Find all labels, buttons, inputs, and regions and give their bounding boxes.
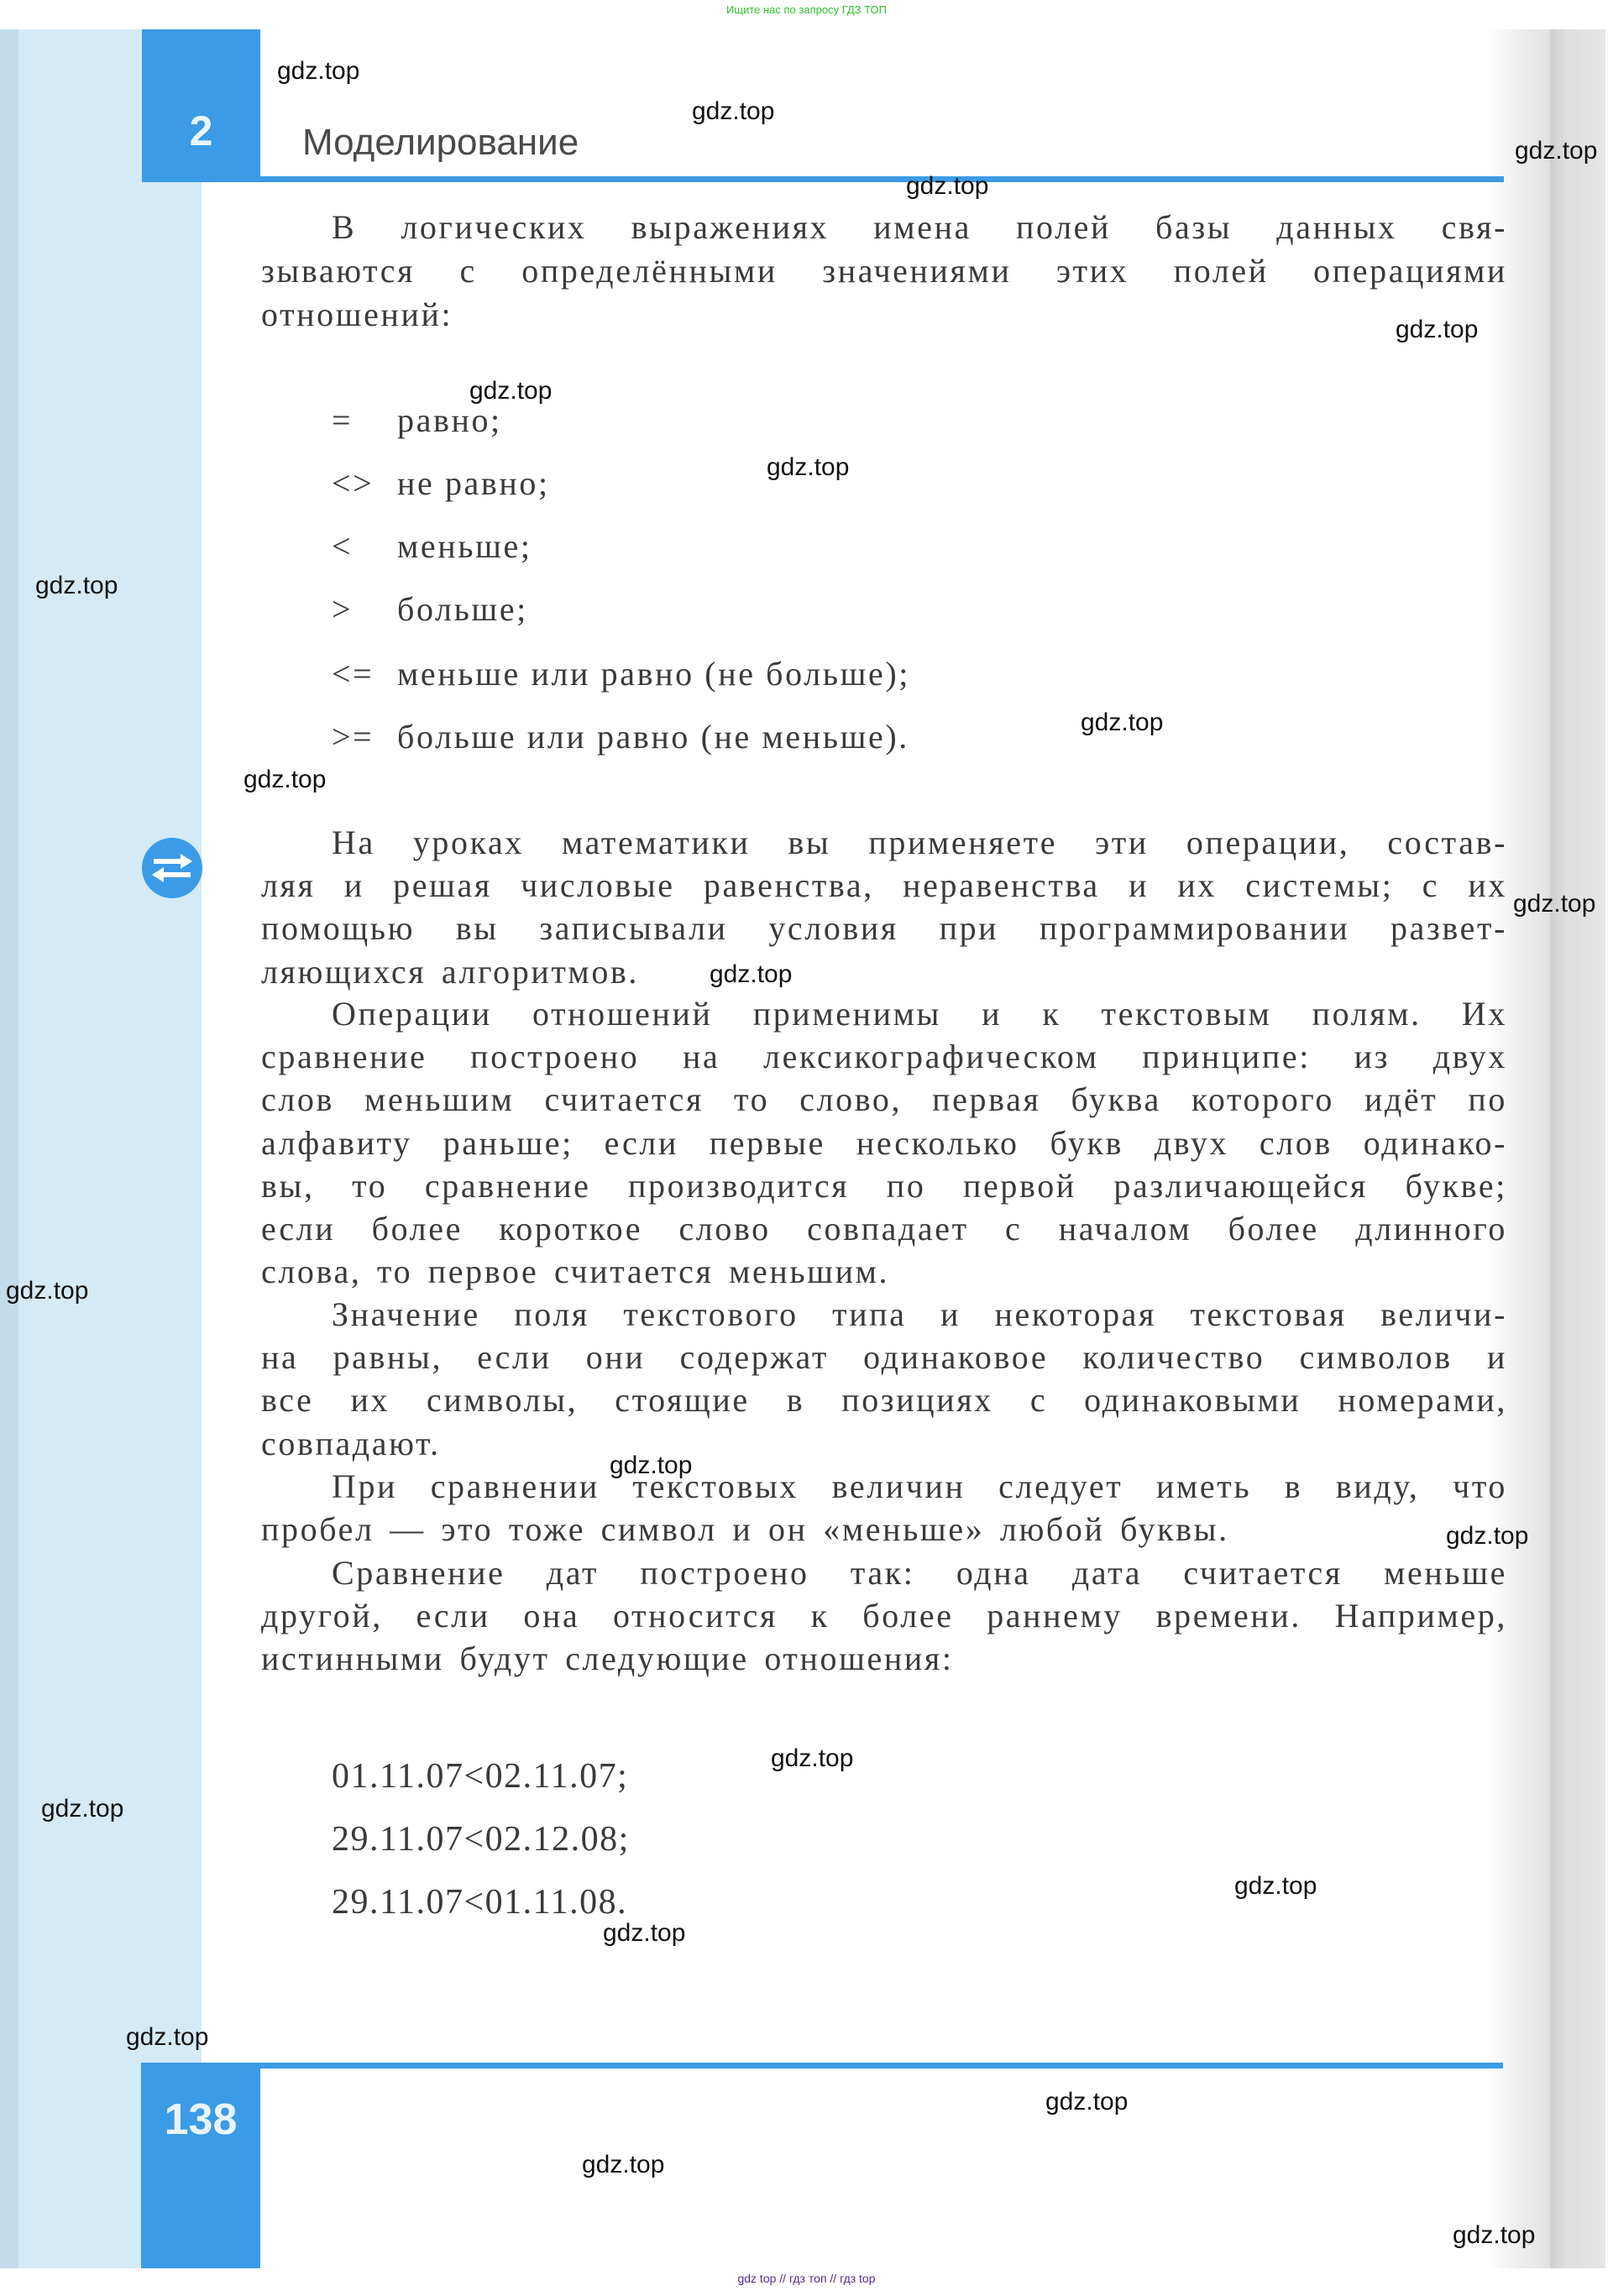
top-banner: Ищите нас по запросу ГДЗ ТОП	[0, 3, 1613, 16]
watermark-text: gdz.top	[771, 1744, 853, 1773]
watermark-text: gdz.top	[1081, 709, 1163, 737]
watermark-text: gdz.top	[469, 377, 552, 405]
swap-arrows-icon	[142, 838, 202, 898]
watermark-text: gdz.top	[767, 453, 849, 482]
operator-row: <меньше;	[332, 525, 532, 568]
date-example: 29.11.07<01.11.08.	[332, 1880, 627, 1924]
operator-symbol: <	[332, 525, 397, 568]
textbook-page: 2 Моделирование В логических выражениях …	[0, 29, 1605, 2268]
watermark-text: gdz.top	[603, 1919, 685, 1948]
operator-meaning: больше;	[397, 590, 528, 628]
operator-row: <=меньше или равно (не больше);	[332, 652, 910, 696]
operator-symbol: =	[332, 399, 397, 442]
page-margin-strip	[0, 29, 202, 2268]
watermark-text: gdz.top	[610, 1451, 692, 1480]
page-number: 138	[141, 2095, 260, 2145]
watermark-text: gdz.top	[1446, 1522, 1528, 1551]
paragraph-line: Операции отношений применимы и к текстов…	[261, 992, 1507, 1036]
watermark-text: gdz.top	[1396, 316, 1478, 344]
paragraph-line: другой, если она относится к более ранне…	[261, 1594, 1507, 1638]
paragraph-line: слова, то первое считается меньшим.	[261, 1250, 1507, 1294]
operator-meaning: не равно;	[397, 464, 550, 502]
paragraph-line: совпадают.	[261, 1422, 1507, 1466]
watermark-text: gdz.top	[582, 2151, 664, 2179]
paragraph-line: помощью вы записывали условия при програ…	[261, 907, 1507, 950]
watermark-text: gdz.top	[1513, 890, 1595, 918]
date-example: 29.11.07<02.12.08;	[332, 1817, 630, 1861]
operator-meaning: меньше или равно (не больше);	[397, 655, 910, 693]
paragraph-line: В логических выражениях имена полей базы…	[261, 206, 1507, 249]
operator-meaning: меньше;	[397, 527, 532, 565]
paragraph-line: сравнение построено на лексикографическо…	[261, 1035, 1507, 1079]
watermark-text: gdz.top	[41, 1795, 123, 1823]
chapter-band	[142, 29, 260, 182]
paragraph-line: зываются с определёнными значениями этих…	[261, 249, 1507, 293]
paragraph-line: алфавиту раньше; если первые несколько б…	[261, 1122, 1507, 1165]
paragraph-line: Сравнение дат построено так: одна дата с…	[261, 1551, 1507, 1595]
watermark-text: gdz.top	[710, 960, 792, 989]
operator-symbol: <=	[332, 652, 397, 696]
chapter-number: 2	[142, 107, 260, 155]
paragraph-line: Значение поля текстового типа и некотора…	[261, 1293, 1507, 1336]
watermark-text: gdz.top	[692, 97, 774, 126]
paragraph-line: истинными будут следующие отношения:	[261, 1637, 1507, 1681]
watermark-text: gdz.top	[1453, 2221, 1535, 2250]
date-example: 01.11.07<02.11.07;	[332, 1755, 628, 1798]
operator-symbol: >=	[332, 715, 397, 759]
watermark-text: gdz.top	[277, 57, 359, 86]
operator-meaning: равно;	[397, 401, 502, 439]
paragraph-line: ляя и решая числовые равенства, неравенс…	[261, 864, 1507, 907]
paragraph-line: если более короткое слово совпадает с на…	[261, 1207, 1507, 1251]
watermark-text: gdz.top	[126, 2023, 208, 2052]
operator-row: >=больше или равно (не меньше).	[332, 715, 909, 759]
watermark-text: gdz.top	[244, 766, 326, 794]
paragraph-line: слов меньшим считается то слово, первая …	[261, 1078, 1507, 1122]
paragraph-line: все их символы, стоящие в позициях с оди…	[261, 1378, 1507, 1422]
footer-divider	[141, 2063, 1503, 2068]
header-divider	[142, 176, 1504, 182]
operator-row: >больше;	[332, 588, 528, 631]
paragraph-line: отношений:	[261, 293, 1507, 337]
paragraph-line: ляющихся алгоритмов.	[261, 950, 1507, 994]
watermark-text: gdz.top	[35, 572, 118, 600]
footer-band	[141, 2063, 260, 2268]
operator-meaning: больше или равно (не меньше).	[397, 718, 909, 756]
watermark-text: gdz.top	[1045, 2088, 1128, 2116]
paragraph-line: на равны, если они содержат одинаковое к…	[261, 1336, 1507, 1379]
operator-symbol: <>	[332, 462, 397, 505]
watermark-text: gdz.top	[906, 172, 988, 201]
paragraph-line: При сравнении текстовых величин следует …	[261, 1465, 1507, 1509]
watermark-text: gdz.top	[6, 1277, 88, 1305]
watermark-text: gdz.top	[1234, 1872, 1317, 1901]
paragraph-line: пробел — это тоже символ и он «меньше» л…	[261, 1508, 1507, 1551]
paragraph-line: вы, то сравнение производится по первой …	[261, 1164, 1507, 1208]
watermark-text: gdz.top	[1515, 137, 1597, 165]
chapter-title: Моделирование	[302, 122, 579, 164]
paragraph-line: На уроках математики вы применяете эти о…	[261, 821, 1507, 865]
operator-symbol: >	[332, 588, 397, 631]
operator-row: <>не равно;	[332, 462, 550, 505]
footer-links: gdz top // гдз топ // гдз top	[0, 2272, 1613, 2285]
